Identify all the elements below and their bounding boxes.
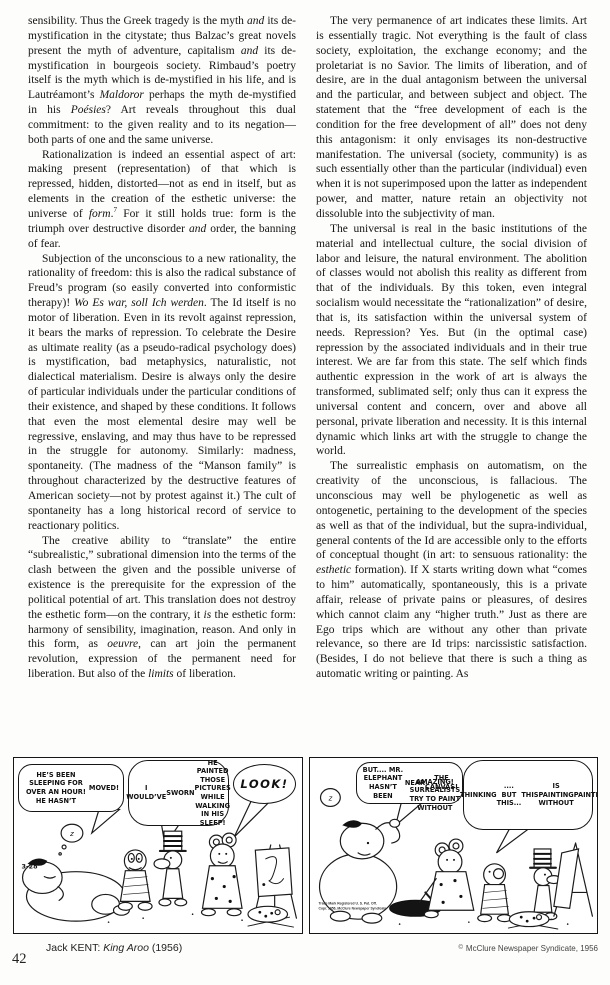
palette-brushes: [248, 906, 293, 927]
comic-caption: Jack KENT: King Aroo (1956): [46, 942, 182, 954]
sleep-z-text: z: [69, 830, 74, 838]
paragraph: Rationalization is indeed an essential a…: [28, 148, 296, 252]
comic-strip: 3-28 z HE’S BEEN SLEEPING FOR OVER AN HO…: [13, 757, 598, 935]
bubble-tail: [234, 800, 270, 838]
text-column-right: The very permanence of art indicates the…: [316, 14, 587, 752]
bald-man-figure: [478, 864, 512, 922]
comic-date: 3-28: [22, 863, 39, 871]
fine-print-line-1: Trade Mark Registered U. S. Pat. Off.: [319, 901, 377, 905]
easel-empty: [554, 843, 593, 916]
fine-print-line-2: Copr. 1956, McClure Newspaper Syndicate: [319, 906, 387, 910]
bubble-tail: [497, 827, 529, 853]
comic-panel-2: z Trade Mark Registered U. S. Pat. Off. …: [309, 757, 598, 934]
copyright-symbol: ©: [459, 945, 463, 951]
paragraph: The universal is real in the basic insti…: [316, 222, 587, 460]
speech-bubble: I WOULD’VE SWORN HE PAINTED THOSE PICTUR…: [128, 760, 229, 826]
text-column-left: sensibility. Thus the Greek tragedy is t…: [28, 14, 296, 752]
paragraph: Subjection of the unconscious to a new r…: [28, 252, 296, 534]
sleeping-elephant-figure: [23, 858, 130, 921]
bald-man-figure: [118, 850, 152, 910]
paragraph: The very permanence of art indicates the…: [316, 14, 587, 222]
sleep-balloon: [59, 824, 83, 855]
copyright-caption: ©McClure Newspaper Syndicate, 1956: [313, 944, 598, 953]
paragraph: The surrealistic emphasis on automatism,…: [316, 459, 587, 682]
dog-top-hat-figure: [154, 831, 187, 906]
book-page: sensibility. Thus the Greek tragedy is t…: [0, 0, 610, 985]
paragraph: sensibility. Thus the Greek tragedy is t…: [28, 14, 296, 148]
ground-speckles: [108, 913, 243, 922]
page-number: 42: [12, 951, 27, 968]
sleep-z-text: z: [328, 795, 333, 803]
paragraph: The creative ability to “translate” the …: [28, 534, 296, 682]
speech-bubble: LOOK!: [233, 764, 296, 804]
comic-panel-1: 3-28 z HE’S BEEN SLEEPING FOR OVER AN HO…: [13, 757, 303, 934]
copyright-text: McClure Newspaper Syndicate, 1956: [466, 944, 598, 953]
speech-bubble: HE’S BEEN SLEEPING FOR OVER AN HOUR! HE …: [18, 764, 124, 812]
cave-woman-figure: [202, 833, 243, 916]
speech-bubble: AMAZING! SURREALISTS TRY TO PAINT WITHOU…: [463, 760, 593, 830]
